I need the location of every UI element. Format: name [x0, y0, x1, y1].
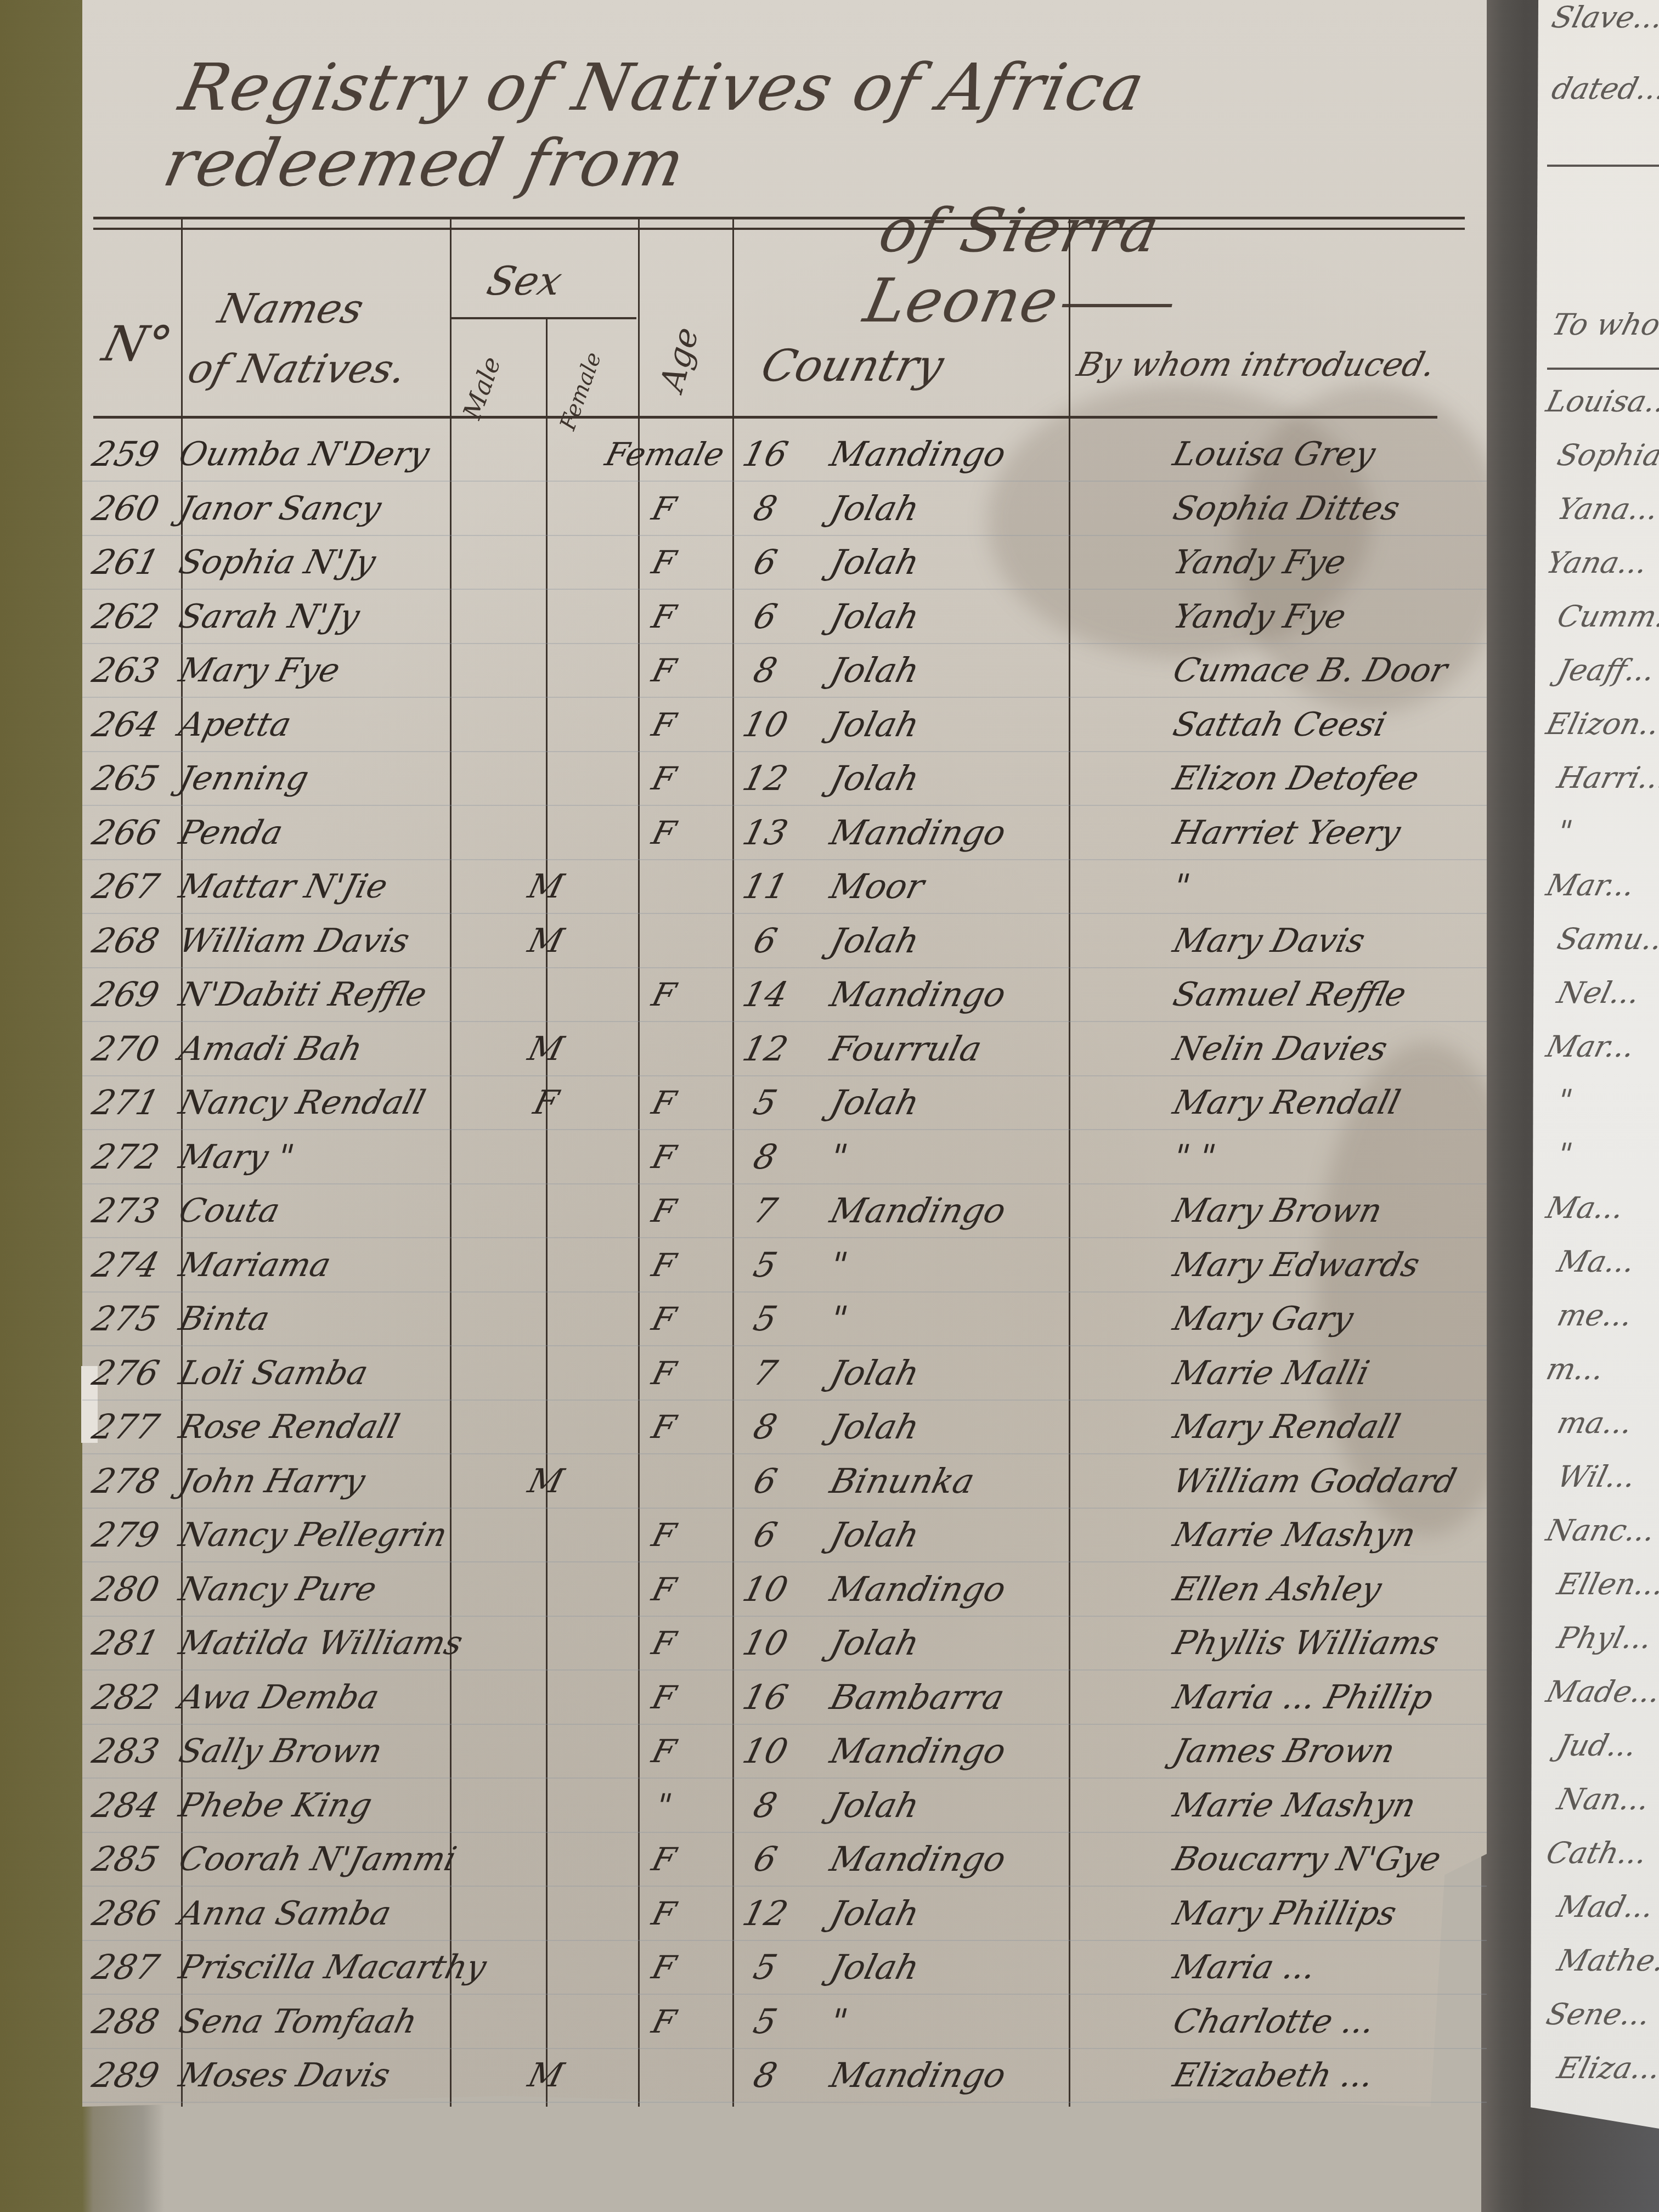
sex-female-cell: F	[600, 1131, 728, 1183]
country-cell: Jolah	[808, 482, 1145, 535]
entry-number-cell: 281	[87, 1617, 182, 1669]
age-cell: 14	[718, 968, 813, 1021]
age-cell: 7	[718, 1184, 813, 1237]
native-name-cell: Anna Samba	[173, 1887, 494, 1940]
age-cell: 7	[718, 1347, 813, 1400]
entry-number-cell: 260	[87, 482, 182, 535]
country-cell: Binunka	[808, 1455, 1145, 1508]
sex-male-cell	[482, 1779, 610, 1832]
sex-male-cell	[482, 1833, 610, 1886]
sex-male-cell	[482, 644, 610, 697]
introduced-by-cell: Yandy Fye	[1145, 590, 1510, 643]
entry-number-cell: 275	[87, 1293, 182, 1345]
table-row: 285Coorah N'JammiF6MandingoBoucarry N'Gy…	[82, 1833, 1487, 1887]
country-cell: Mandingo	[808, 428, 1145, 481]
introduced-by-cell: Cumace B. Door	[1145, 644, 1510, 697]
sex-female-cell: F	[600, 1941, 728, 1994]
sex-male-cell: F	[482, 1076, 610, 1129]
adjacent-entry: Wil...	[1554, 1459, 1639, 1494]
native-name-cell: Matilda Williams	[173, 1617, 494, 1669]
introduced-by-cell: Mary Rendall	[1145, 1401, 1510, 1453]
age-cell: 8	[718, 644, 813, 697]
table-row: 288Sena TomfaahF5"Charlotte ...	[82, 1995, 1487, 2049]
age-cell: 5	[718, 1293, 813, 1345]
entry-number-cell: 280	[87, 1563, 182, 1616]
native-name-cell: Sarah N'Jy	[173, 590, 494, 643]
entry-number-cell: 263	[87, 644, 182, 697]
entry-number-cell: 265	[87, 752, 182, 805]
introduced-by-cell: William Goddard	[1145, 1455, 1510, 1508]
introduced-by-cell: Elizabeth ...	[1145, 2049, 1510, 2102]
native-name-cell: Jenning	[173, 752, 494, 805]
adjacent-entry: Ellen...	[1554, 1567, 1659, 1601]
age-cell: 6	[718, 1455, 813, 1508]
adjacent-column-header: To whom...	[1548, 307, 1659, 342]
sex-female-cell	[600, 915, 728, 967]
sex-female-cell: F	[600, 536, 728, 589]
sex-male-cell	[482, 752, 610, 805]
entry-number-cell: 288	[87, 1995, 182, 2048]
table-row: 283Sally BrownF10MandingoJames Brown	[82, 1725, 1487, 1779]
sex-male-cell	[482, 1239, 610, 1291]
age-cell: 8	[718, 1779, 813, 1832]
native-name-cell: Sena Tomfaah	[173, 1995, 494, 2048]
native-name-cell: Priscilla Macarthy	[173, 1941, 494, 1994]
introduced-by-cell: Mary Gary	[1145, 1293, 1510, 1345]
country-cell: Moor	[808, 860, 1145, 913]
adjacent-entry: Phyl...	[1554, 1621, 1656, 1655]
adjacent-entry: Mar...	[1543, 1029, 1639, 1064]
table-row: 270Amadi BahM12FourrulaNelin Davies	[82, 1023, 1487, 1076]
adjacent-entry: Harri...	[1554, 760, 1659, 795]
sex-male-cell	[482, 1293, 610, 1345]
native-name-cell: Sally Brown	[173, 1725, 494, 1778]
native-name-cell: Phebe King	[173, 1779, 494, 1832]
introduced-by-cell: Mary Edwards	[1145, 1239, 1510, 1291]
sex-male-cell	[482, 1941, 610, 1994]
adjacent-entry: Yana...	[1554, 492, 1659, 526]
sex-male-cell	[482, 1887, 610, 1940]
introduced-by-cell: Mary Phillips	[1145, 1887, 1510, 1940]
table-row: 282Awa DembaF16BambarraMaria ... Phillip	[82, 1671, 1487, 1725]
country-cell: "	[808, 1995, 1145, 2048]
sex-female-cell: F	[600, 482, 728, 535]
sex-male-cell	[482, 590, 610, 643]
introduced-by-cell: Yandy Fye	[1145, 536, 1510, 589]
entry-number-cell: 266	[87, 806, 182, 859]
sex-female-cell	[600, 1455, 728, 1508]
adjacent-entry: Mad...	[1554, 1889, 1657, 1924]
country-cell: Mandingo	[808, 968, 1145, 1021]
table-row: 268William DavisM6JolahMary Davis	[82, 915, 1487, 968]
native-name-cell: Amadi Bah	[173, 1023, 494, 1075]
age-cell: 12	[718, 752, 813, 805]
table-row: 273CoutaF7MandingoMary Brown	[82, 1184, 1487, 1238]
native-name-cell: Moses Davis	[173, 2049, 494, 2102]
country-cell: Jolah	[808, 1347, 1145, 1400]
sex-male-cell: M	[482, 2049, 610, 2102]
sex-female-cell: F	[600, 1563, 728, 1616]
native-name-cell: John Harry	[173, 1455, 494, 1508]
country-cell: Jolah	[808, 915, 1145, 967]
sex-male-cell: M	[482, 915, 610, 967]
entry-number-cell: 278	[87, 1455, 182, 1508]
table-row: 267Mattar N'JieM11Moor"	[82, 860, 1487, 914]
introduced-by-cell: Mary Davis	[1145, 915, 1510, 967]
native-name-cell: Mary Fye	[173, 644, 494, 697]
adjacent-entry: Jud...	[1554, 1728, 1640, 1763]
native-name-cell: Mary "	[173, 1131, 494, 1183]
sex-female-cell: F	[600, 1293, 728, 1345]
age-cell: 6	[718, 915, 813, 967]
sex-male-cell	[482, 698, 610, 751]
adjacent-entry: Sene...	[1543, 1997, 1654, 2032]
entry-number-cell: 268	[87, 915, 182, 967]
sex-female-cell: F	[600, 1347, 728, 1400]
header-rule-top	[93, 217, 1465, 219]
country-cell: Mandingo	[808, 1563, 1145, 1616]
country-cell: "	[808, 1131, 1145, 1183]
native-name-cell: Mattar N'Jie	[173, 860, 494, 913]
native-name-cell: Penda	[173, 806, 494, 859]
adjacent-entry: Elizon...	[1543, 707, 1659, 741]
sex-male-cell	[482, 806, 610, 859]
entry-number-cell: 259	[87, 428, 182, 481]
table-row: 266PendaF13MandingoHarriet Yeery	[82, 806, 1487, 860]
adjacent-entry: Mathe...	[1554, 1943, 1659, 1978]
adjacent-entry: Cath...	[1543, 1836, 1651, 1870]
entry-number-cell: 287	[87, 1941, 182, 1994]
native-name-cell: Nancy Rendall	[173, 1076, 494, 1129]
age-cell: 10	[718, 1563, 813, 1616]
country-cell: "	[808, 1293, 1145, 1345]
age-cell: 10	[718, 698, 813, 751]
native-name-cell: Oumba N'Dery	[173, 428, 494, 481]
entry-number-cell: 282	[87, 1671, 182, 1724]
header-names-line2: of Natives.	[184, 346, 411, 392]
entry-number-cell: 270	[87, 1023, 182, 1075]
country-cell: Jolah	[808, 1076, 1145, 1129]
introduced-by-cell: James Brown	[1145, 1725, 1510, 1778]
sex-subheader-rule	[450, 317, 636, 319]
adjacent-entry: Ma...	[1543, 1190, 1628, 1225]
age-cell: 8	[718, 482, 813, 535]
country-cell: Jolah	[808, 590, 1145, 643]
entry-number-cell: 279	[87, 1509, 182, 1561]
sex-male-cell: M	[482, 860, 610, 913]
adjacent-entry: Cumm...	[1554, 599, 1659, 634]
sex-male-cell	[482, 1995, 610, 2048]
adjacent-rule	[1547, 368, 1659, 370]
sex-male-cell	[482, 1617, 610, 1669]
country-cell: "	[808, 1239, 1145, 1291]
sex-female-cell: F	[600, 1725, 728, 1778]
entry-number-cell: 267	[87, 860, 182, 913]
sex-male-cell	[482, 1563, 610, 1616]
native-name-cell: Rose Rendall	[173, 1401, 494, 1453]
introduced-by-cell: Maria ...	[1145, 1941, 1510, 1994]
country-cell: Jolah	[808, 1779, 1145, 1832]
introduced-by-cell: Phyllis Williams	[1145, 1617, 1510, 1669]
adjacent-entry: "	[1554, 1083, 1576, 1118]
table-row: 279Nancy PellegrinF6JolahMarie Mashyn	[82, 1509, 1487, 1562]
age-cell: 12	[718, 1887, 813, 1940]
entry-number-cell: 264	[87, 698, 182, 751]
adjacent-header-line2: dated...	[1548, 71, 1659, 106]
age-cell: 5	[718, 1941, 813, 1994]
entry-number-cell: 276	[87, 1347, 182, 1400]
adjacent-entry: me...	[1554, 1298, 1636, 1333]
age-cell: 11	[718, 860, 813, 913]
native-name-cell: N'Dabiti Reffle	[173, 968, 494, 1021]
sex-male-cell	[482, 1184, 610, 1237]
country-cell: Jolah	[808, 1509, 1145, 1561]
adjacent-entry: Sophia...	[1554, 438, 1659, 472]
introduced-by-cell: Marie Mashyn	[1145, 1779, 1510, 1832]
introduced-by-cell: Samuel Reffle	[1145, 968, 1510, 1021]
sex-male-cell	[482, 968, 610, 1021]
sex-male-cell: M	[482, 1023, 610, 1075]
header-by-whom: By whom introduced.	[1073, 346, 1439, 384]
sex-female-cell: F	[600, 1671, 728, 1724]
sex-male-cell	[482, 428, 610, 481]
table-row: 265JenningF12JolahElizon Detofee	[82, 752, 1487, 806]
sex-male-cell	[482, 536, 610, 589]
sex-female-cell: F	[600, 1995, 728, 2048]
header-rule-bottom	[93, 416, 1437, 419]
introduced-by-cell: Boucarry N'Gye	[1145, 1833, 1510, 1886]
adjacent-entry: Nan...	[1554, 1782, 1653, 1816]
introduced-by-cell: Charlotte ...	[1145, 1995, 1510, 2048]
age-cell: 8	[718, 1401, 813, 1453]
introduced-by-cell: Harriet Yeery	[1145, 806, 1510, 859]
age-cell: 16	[718, 1671, 813, 1724]
country-cell: Mandingo	[808, 1184, 1145, 1237]
sex-male-cell	[482, 482, 610, 535]
native-name-cell: Binta	[173, 1293, 494, 1345]
sex-male-cell	[482, 1509, 610, 1561]
native-name-cell: Apetta	[173, 698, 494, 751]
adjacent-entry: Mar...	[1543, 868, 1639, 902]
age-cell: 12	[718, 1023, 813, 1075]
table-row: 276Loli SambaF7JolahMarie Malli	[82, 1347, 1487, 1401]
age-cell: 6	[718, 1833, 813, 1886]
country-cell: Jolah	[808, 1401, 1145, 1453]
sex-male-cell	[482, 1725, 610, 1778]
sex-female-cell: F	[600, 644, 728, 697]
country-cell: Jolah	[808, 752, 1145, 805]
table-row: 262Sarah N'JyF6JolahYandy Fye	[82, 590, 1487, 644]
adjacent-entry: Yana...	[1543, 545, 1651, 580]
introduced-by-cell: " "	[1145, 1131, 1510, 1183]
introduced-by-cell: Sophia Dittes	[1145, 482, 1510, 535]
entry-number-cell: 285	[87, 1833, 182, 1886]
native-name-cell: Janor Sancy	[173, 482, 494, 535]
sex-female-cell: F	[600, 1887, 728, 1940]
sex-male-cell	[482, 1671, 610, 1724]
table-row: 271Nancy RendallFF5JolahMary Rendall	[82, 1076, 1487, 1130]
adjacent-page: Slave... dated... To whom... Louisa...So…	[1531, 0, 1659, 2129]
adjacent-entry: "	[1554, 1137, 1576, 1171]
adjacent-entry: Nel...	[1554, 975, 1644, 1010]
sex-female-cell	[600, 860, 728, 913]
country-cell: Mandingo	[808, 806, 1145, 859]
native-name-cell: Nancy Pellegrin	[173, 1509, 494, 1561]
adjacent-entry: Eliza...	[1554, 2051, 1659, 2085]
introduced-by-cell: "	[1145, 860, 1510, 913]
entry-number-cell: 284	[87, 1779, 182, 1832]
adjacent-entry: Ma...	[1554, 1244, 1639, 1279]
sex-female-cell	[600, 1023, 728, 1075]
entry-number-cell: 277	[87, 1401, 182, 1453]
introduced-by-cell: Maria ... Phillip	[1145, 1671, 1510, 1724]
age-cell: 10	[718, 1617, 813, 1669]
country-cell: Mandingo	[808, 2049, 1145, 2102]
native-name-cell: Nancy Pure	[173, 1563, 494, 1616]
adjacent-entry: Louisa...	[1543, 384, 1659, 419]
sex-female-cell: F	[600, 968, 728, 1021]
sex-female-cell: F	[600, 1401, 728, 1453]
introduced-by-cell: Marie Malli	[1145, 1347, 1510, 1400]
table-row: 272Mary "F8"" "	[82, 1131, 1487, 1184]
table-row: 277Rose RendallF8JolahMary Rendall	[82, 1401, 1487, 1454]
adjacent-entry: "	[1554, 814, 1576, 849]
country-cell: Jolah	[808, 536, 1145, 589]
table-row: 287Priscilla MacarthyF5JolahMaria ...	[82, 1941, 1487, 1995]
adjacent-rule	[1547, 165, 1659, 167]
country-cell: Fourrula	[808, 1023, 1145, 1075]
sex-female-cell	[600, 2049, 728, 2102]
adjacent-header-line1: Slave...	[1548, 0, 1659, 35]
title-line1: Registry of Natives of Africa redeemed f…	[157, 49, 1152, 201]
entry-number-cell: 286	[87, 1887, 182, 1940]
entry-number-cell: 272	[87, 1131, 182, 1183]
table-row: 275BintaF5"Mary Gary	[82, 1293, 1487, 1346]
age-cell: 8	[718, 2049, 813, 2102]
table-row: 286Anna SambaF12JolahMary Phillips	[82, 1887, 1487, 1941]
introduced-by-cell: Mary Brown	[1145, 1184, 1510, 1237]
adjacent-entry: Samu...	[1554, 922, 1659, 956]
country-cell: Jolah	[808, 1941, 1145, 1994]
age-cell: 5	[718, 1995, 813, 2048]
sex-female-cell: F	[600, 1509, 728, 1561]
adjacent-entry: m...	[1543, 1352, 1607, 1386]
table-row: 281Matilda WilliamsF10JolahPhyllis Willi…	[82, 1617, 1487, 1671]
native-name-cell: Coorah N'Jammi	[173, 1833, 494, 1886]
age-cell: 5	[718, 1076, 813, 1129]
entry-number-cell: 289	[87, 2049, 182, 2102]
introduced-by-cell: Elizon Detofee	[1145, 752, 1510, 805]
header-rule-top2	[93, 228, 1465, 230]
table-row: 278John HarryM6BinunkaWilliam Goddard	[82, 1455, 1487, 1509]
native-name-cell: Sophia N'Jy	[173, 536, 494, 589]
native-name-cell: Awa Demba	[173, 1671, 494, 1724]
introduced-by-cell: Nelin Davies	[1145, 1023, 1510, 1075]
age-cell: 16	[718, 428, 813, 481]
sex-male-cell	[482, 1131, 610, 1183]
sex-female-cell: F	[600, 698, 728, 751]
age-cell: 13	[718, 806, 813, 859]
table-row: 274MariamaF5"Mary Edwards	[82, 1239, 1487, 1293]
table-row: 261Sophia N'JyF6JolahYandy Fye	[82, 536, 1487, 590]
introduced-by-cell: Ellen Ashley	[1145, 1563, 1510, 1616]
country-cell: Bambarra	[808, 1671, 1145, 1724]
age-cell: 6	[718, 590, 813, 643]
sex-female-cell: F	[600, 806, 728, 859]
country-cell: Jolah	[808, 644, 1145, 697]
sex-female-cell: "	[600, 1779, 728, 1832]
table-row: 284Phebe King"8JolahMarie Mashyn	[82, 1779, 1487, 1833]
native-name-cell: William Davis	[173, 915, 494, 967]
entry-number-cell: 261	[87, 536, 182, 589]
adjacent-entry: Nanc...	[1543, 1513, 1659, 1548]
age-cell: 10	[718, 1725, 813, 1778]
table-row: 259Oumba N'DeryFemale16MandingoLouisa Gr…	[82, 428, 1487, 482]
entry-number-cell: 273	[87, 1184, 182, 1237]
sex-male-cell: M	[482, 1455, 610, 1508]
header-no: N°	[97, 315, 178, 372]
age-cell: 5	[718, 1239, 813, 1291]
sex-female-cell: F	[600, 1617, 728, 1669]
country-cell: Jolah	[808, 1887, 1145, 1940]
table-row: 264ApettaF10JolahSattah Ceesi	[82, 698, 1487, 752]
table-row: 260Janor SancyF8JolahSophia Dittes	[82, 482, 1487, 536]
sex-male-cell	[482, 1401, 610, 1453]
table-row: 289Moses DavisM8MandingoElizabeth ...	[82, 2049, 1487, 2103]
sex-female-cell: F	[600, 752, 728, 805]
adjacent-entry: Made...	[1543, 1674, 1659, 1709]
sex-male-cell	[482, 1347, 610, 1400]
sex-female-cell: Female	[600, 428, 728, 481]
age-cell: 8	[718, 1131, 813, 1183]
sex-female-cell: F	[600, 590, 728, 643]
country-cell: Mandingo	[808, 1725, 1145, 1778]
entry-number-cell: 283	[87, 1725, 182, 1778]
table-row: 263Mary FyeF8JolahCumace B. Door	[82, 644, 1487, 698]
entry-number-cell: 271	[87, 1076, 182, 1129]
native-name-cell: Loli Samba	[173, 1347, 494, 1400]
country-cell: Jolah	[808, 1617, 1145, 1669]
sex-female-cell: F	[600, 1833, 728, 1886]
introduced-by-cell: Louisa Grey	[1145, 428, 1510, 481]
adjacent-entry: Jeaff...	[1554, 653, 1658, 687]
age-cell: 6	[718, 1509, 813, 1561]
header-country: Country	[756, 340, 949, 391]
sex-female-cell: F	[600, 1076, 728, 1129]
table-row: 280Nancy PureF10MandingoEllen Ashley	[82, 1563, 1487, 1617]
table-row: 269N'Dabiti ReffleF14MandingoSamuel Reff…	[82, 968, 1487, 1022]
header-names-line1: Names	[213, 285, 368, 332]
native-name-cell: Mariama	[173, 1239, 494, 1291]
introduced-by-cell: Sattah Ceesi	[1145, 698, 1510, 751]
introduced-by-cell: Marie Mashyn	[1145, 1509, 1510, 1561]
country-cell: Jolah	[808, 698, 1145, 751]
country-cell: Mandingo	[808, 1833, 1145, 1886]
sex-female-cell: F	[600, 1184, 728, 1237]
introduced-by-cell: Mary Rendall	[1145, 1076, 1510, 1129]
adjacent-entry: ma...	[1554, 1406, 1637, 1440]
age-cell: 6	[718, 536, 813, 589]
header-sex: Sex	[483, 258, 567, 304]
sex-female-cell: F	[600, 1239, 728, 1291]
entry-number-cell: 274	[87, 1239, 182, 1291]
entry-number-cell: 262	[87, 590, 182, 643]
native-name-cell: Couta	[173, 1184, 494, 1237]
entry-number-cell: 269	[87, 968, 182, 1021]
